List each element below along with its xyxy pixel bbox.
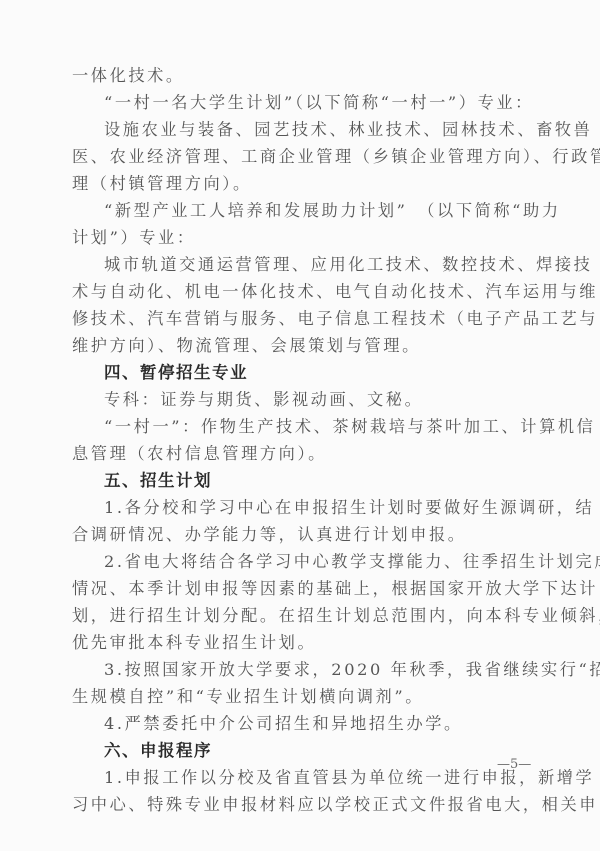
text-line: 专科：证券与期货、影视动画、文秘。: [72, 386, 532, 413]
text-line: 4.严禁委托中介公司招生和异地招生办学。: [72, 710, 532, 737]
text-line: 3.按照国家开放大学要求，2020 年秋季，我省继续实行“招: [72, 656, 532, 683]
text-line: 划，进行招生计划分配。在招生计划总范围内，向本科专业倾斜，: [72, 602, 532, 629]
text-line: 1.各分校和学习中心在申报招生计划时要做好生源调研，结: [72, 494, 532, 521]
text-line: 生规模自控”和“专业招生计划横向调剂”。: [72, 683, 532, 710]
text-line: 合调研情况、办学能力等，认真进行计划申报。: [72, 521, 532, 548]
section-heading: 五、招生计划: [72, 467, 532, 494]
text-line: 1.申报工作以分校及省直管县为单位统一进行申报，新增学: [72, 764, 532, 791]
text-line: 医、农业经济管理、工商企业管理（乡镇企业管理方向）、行政管: [72, 143, 532, 170]
section-heading: 四、暂停招生专业: [72, 359, 532, 386]
document-page: 一体化技术。 “一村一名大学生计划”（以下简称“一村一”）专业： 设施农业与装备…: [72, 62, 532, 818]
text-line: 一体化技术。: [72, 62, 532, 89]
section-heading: 六、申报程序: [72, 737, 532, 764]
text-line: “一村一名大学生计划”（以下简称“一村一”）专业：: [72, 89, 532, 116]
text-line: “一村一”：作物生产技术、茶树栽培与茶叶加工、计算机信: [72, 413, 532, 440]
text-line: 理（村镇管理方向）。: [72, 170, 532, 197]
text-line: 计划”）专业：: [72, 224, 532, 251]
text-line: “新型产业工人培养和发展助力计划” （以下简称“助力: [72, 197, 532, 224]
text-line: 情况、本季计划申报等因素的基础上，根据国家开放大学下达计: [72, 575, 532, 602]
text-line: 设施农业与装备、园艺技术、林业技术、园林技术、畜牧兽: [72, 116, 532, 143]
text-line: 城市轨道交通运营管理、应用化工技术、数控技术、焊接技: [72, 251, 532, 278]
text-line: 息管理（农村信息管理方向）。: [72, 440, 532, 467]
text-line: 术与自动化、机电一体化技术、电气自动化技术、汽车运用与维: [72, 278, 532, 305]
text-line: 维护方向）、物流管理、会展策划与管理。: [72, 332, 532, 359]
text-line: 优先审批本科专业招生计划。: [72, 629, 532, 656]
page-number: —5—: [497, 757, 531, 772]
text-line: 习中心、特殊专业申报材料应以学校正式文件报省电大，相关申: [72, 791, 532, 818]
text-line: 修技术、汽车营销与服务、电子信息工程技术（电子产品工艺与: [72, 305, 532, 332]
text-line: 2.省电大将结合各学习中心教学支撑能力、往季招生计划完成: [72, 548, 532, 575]
